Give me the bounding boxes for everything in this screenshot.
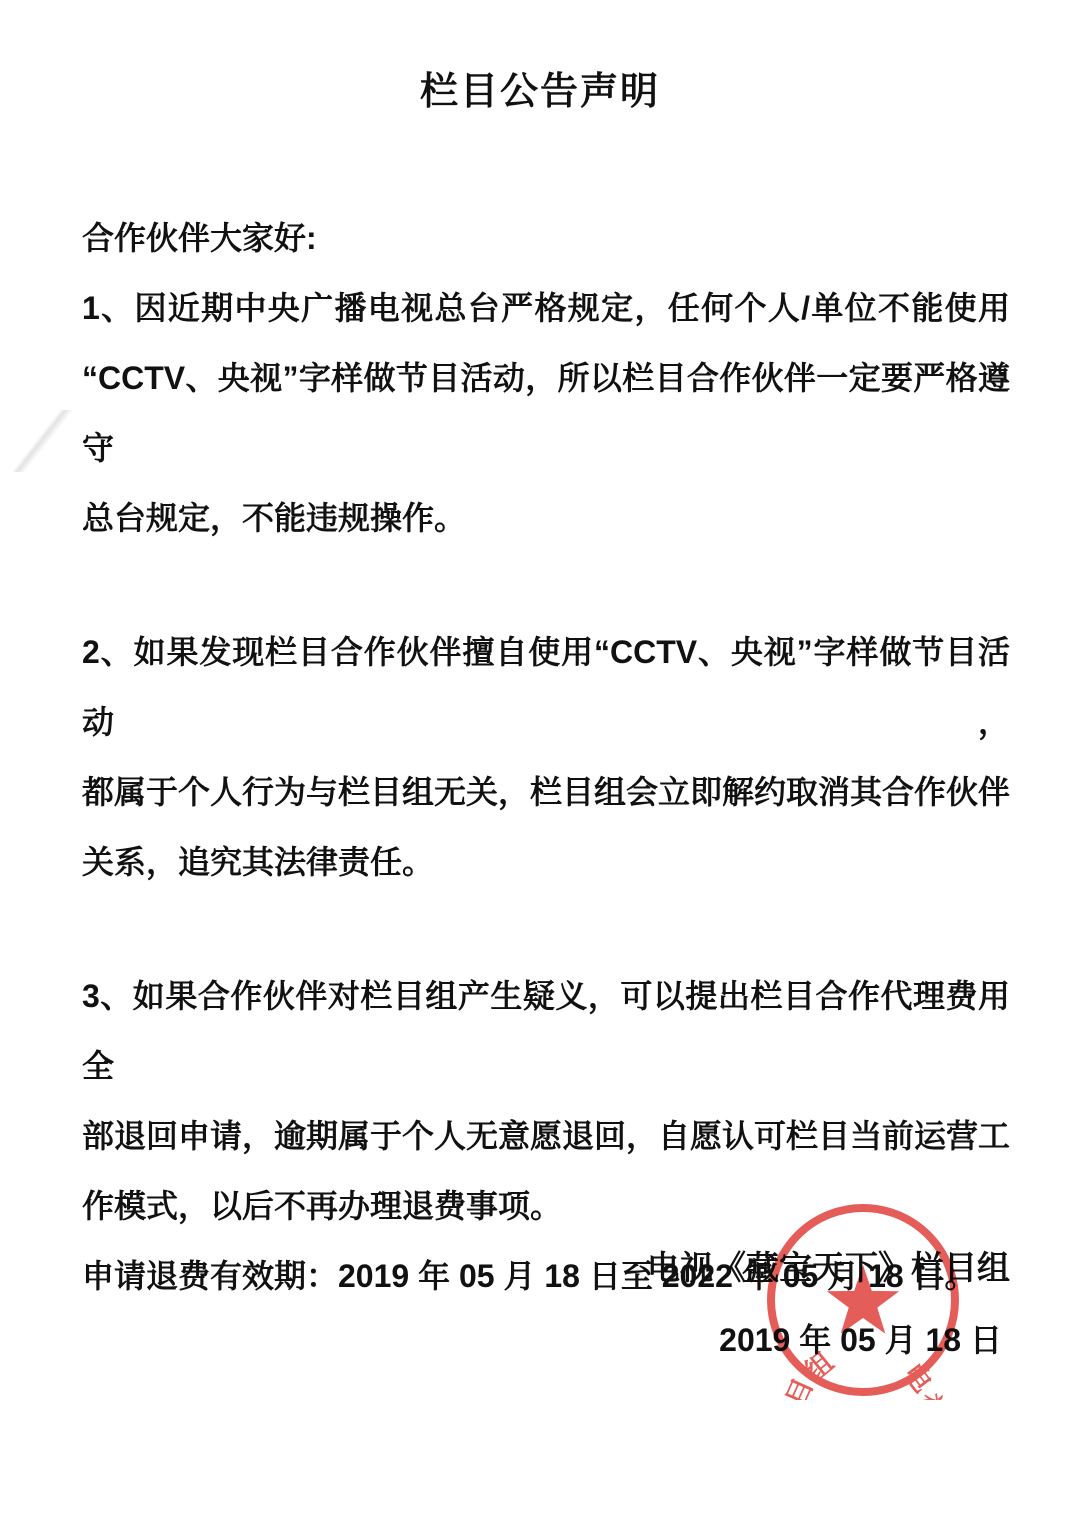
document-title: 栏目公告声明: [0, 60, 1080, 115]
official-seal: 电视《藏宝天下》栏目组: [763, 1200, 963, 1400]
body-line: 3、如果合作伙伴对栏目组产生疑义，可以提出栏目合作代理费用全: [82, 961, 1010, 1101]
announcement-document: 栏目公告声明 合作伙伴大家好: 1、因近期中央广播电视总台严格规定，任何个人/单…: [0, 0, 1080, 1522]
body-line: 总台规定，不能违规操作。: [82, 483, 1010, 553]
body-line: 部退回申请，逾期属于个人无意愿退回，自愿认可栏目当前运营工: [82, 1101, 1010, 1171]
paragraph-2: 2、如果发现栏目合作伙伴擅自使用“CCTV、央视”字样做节目活动，都属于个人行为…: [82, 617, 1010, 897]
body-line: 关系，追究其法律责任。: [82, 827, 1010, 897]
document-body: 合作伙伴大家好: 1、因近期中央广播电视总台严格规定，任何个人/单位不能使用“C…: [82, 203, 1010, 1311]
seal-star-icon: [827, 1265, 899, 1334]
paragraph-3: 3、如果合作伙伴对栏目组产生疑义，可以提出栏目合作代理费用全部退回申请，逾期属于…: [82, 961, 1010, 1241]
body-line: 都属于个人行为与栏目组无关，栏目组会立即解约取消其合作伙伴: [82, 757, 1010, 827]
greeting-line: 合作伙伴大家好:: [82, 203, 1010, 273]
body-line: 2、如果发现栏目合作伙伴擅自使用“CCTV、央视”字样做节目活动，: [82, 617, 1010, 757]
paragraph-1: 1、因近期中央广播电视总台严格规定，任何个人/单位不能使用“CCTV、央视”字样…: [82, 273, 1010, 553]
scan-smudge-artifact: [12, 410, 72, 472]
body-line: “CCTV、央视”字样做节目活动，所以栏目合作伙伴一定要严格遵守: [82, 343, 1010, 483]
body-line: 1、因近期中央广播电视总台严格规定，任何个人/单位不能使用: [82, 273, 1010, 343]
